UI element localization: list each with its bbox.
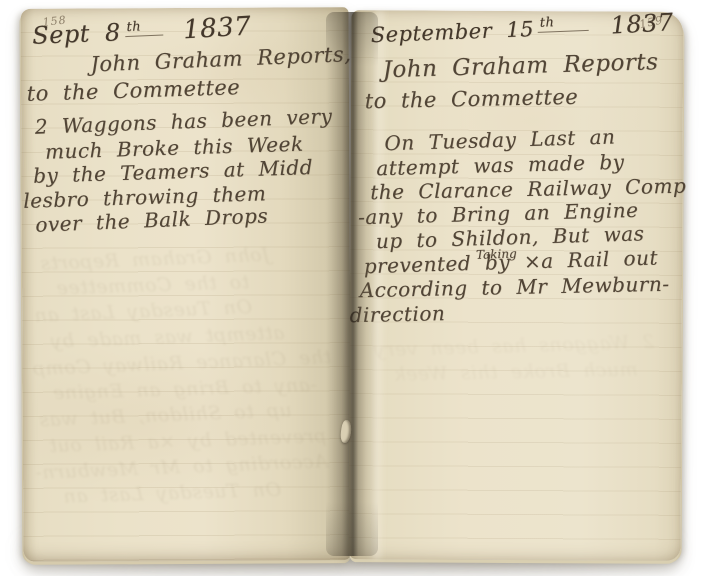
right-page: 159 September 15th1837 John Graham Repor… <box>349 10 684 561</box>
manuscript-line: According to Mr Mewburn- <box>360 274 670 300</box>
bleed-through-line: 2 Waggons has been very <box>373 331 654 361</box>
bleed-through-line: On Tuesday Last an <box>63 479 282 508</box>
manuscript-line: John Graham Reports <box>382 51 658 82</box>
bleed-through-line: John Graham Reports <box>40 244 271 275</box>
right-heading-year: 1837 <box>610 10 674 37</box>
left-heading-year: 1837 <box>183 13 253 43</box>
bleed-through-line: up to Shildon, But was <box>38 399 292 431</box>
manuscript-line: direction <box>349 303 445 325</box>
right-heading-date: September 15 <box>370 17 534 47</box>
bleed-through-line: to the Commettee <box>56 271 250 299</box>
manuscript-line: attempt was made by <box>376 152 625 178</box>
bleed-through-line: On Tuesday Last an <box>34 296 253 327</box>
bleed-through-line: much Broke this Week <box>393 358 638 385</box>
photo-background: 158 Sept 8th1837 John Graham Reports, to… <box>0 0 702 576</box>
left-heading-ordinal: th <box>124 20 163 38</box>
manuscript-line: the Clarance Railway Comp <box>370 176 686 203</box>
bleed-through-block-left: John Graham Reports to the Commettee On … <box>21 7 349 9</box>
left-page: 158 Sept 8th1837 John Graham Reports, to… <box>21 7 352 562</box>
manuscript-line: John Graham Reports, <box>90 44 352 75</box>
manuscript-line: to the Commettee <box>364 87 578 112</box>
right-heading-ordinal: th <box>538 15 589 33</box>
manuscript-line: On Tuesday Last an <box>384 126 616 153</box>
manuscript-line: to the Commettee <box>26 77 240 105</box>
right-heading: September 15th1837 <box>370 11 674 49</box>
left-heading-date: Sept 8 <box>32 18 122 50</box>
bleed-through-line: attempt was made by <box>50 322 285 353</box>
